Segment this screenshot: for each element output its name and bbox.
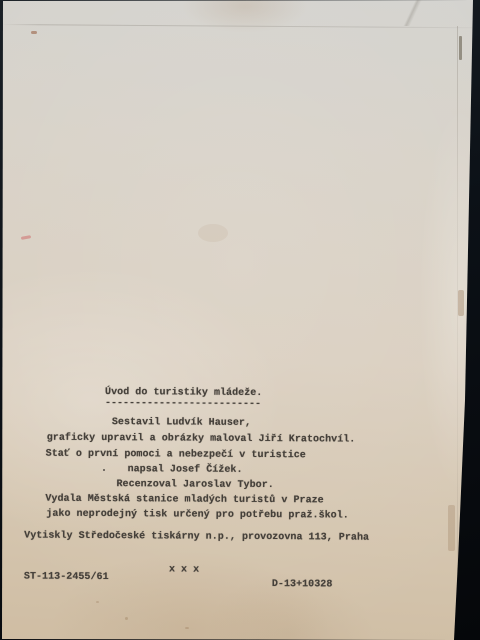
credit-line-reviewer: Recenzoval Jaroslav Tybor. <box>116 479 273 491</box>
credit-line-chapter: Stať o první pomoci a nebezpečí v turist… <box>46 449 306 462</box>
typewritten-colophon: Úvod do turistiky mládeže. -------------… <box>0 0 480 640</box>
credit-line-compiler: Sestavil Ludvík Hauser, <box>112 417 251 429</box>
scan-background: { "colors": { "background": "#0b1016", "… <box>0 0 480 640</box>
footer-separator-xxx: x x x <box>169 564 199 575</box>
credit-line-distribution: jako neprodejný tisk určený pro potřebu … <box>46 509 349 522</box>
credit-line-publisher: Vydala Městská stanice mladých turistů v… <box>45 494 323 507</box>
paper-page: Úvod do turistiky mládeže. -------------… <box>0 0 480 640</box>
title-underline: -------------------------- <box>105 398 261 410</box>
footer-code-left: ST-113-2455/61 <box>24 572 109 584</box>
printer-line: Vytiskly Středočeské tiskárny n.p., prov… <box>24 531 369 544</box>
credit-line-author: napsal Josef Čížek. <box>128 464 243 476</box>
credit-line-illustrator: graficky upravil a obrázky maloval Jiří … <box>47 433 356 446</box>
footer-code-right: D-13+10328 <box>272 579 333 590</box>
